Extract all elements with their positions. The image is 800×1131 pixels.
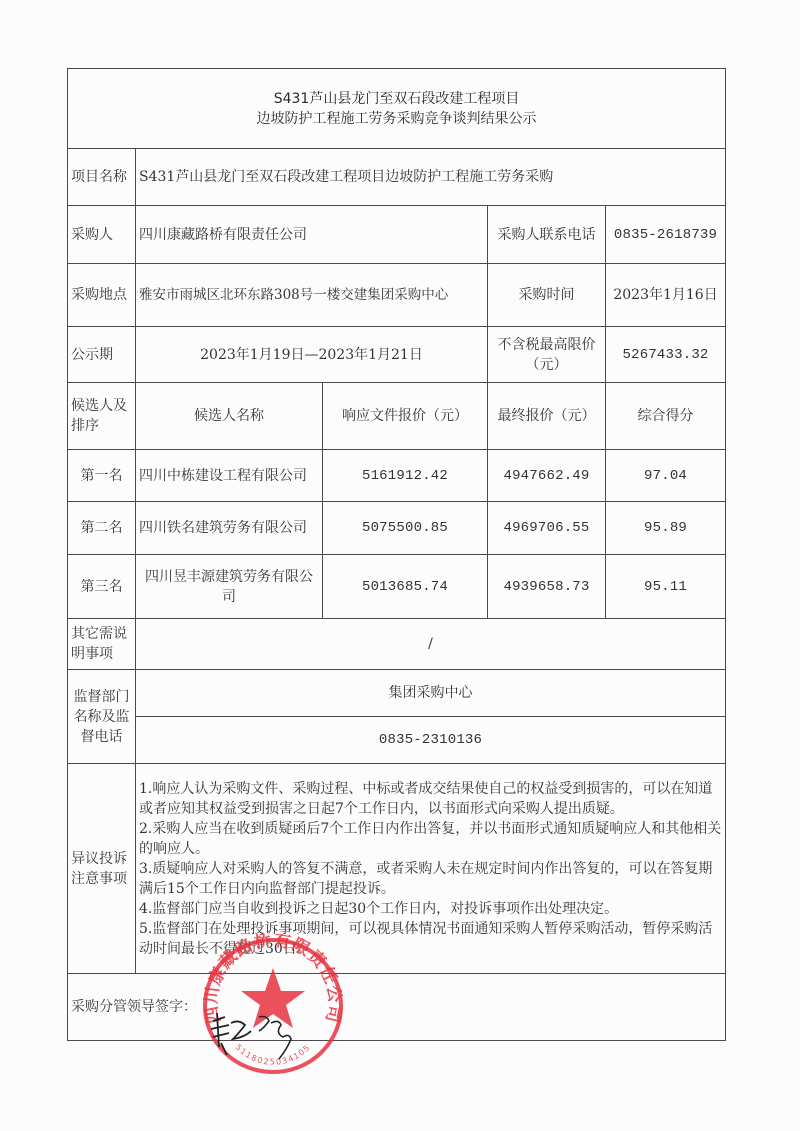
candidate-final-price: 4969706.55	[488, 502, 606, 555]
max-price-value: 5267433.32	[606, 327, 726, 383]
complaint-item: 4.监督部门应当自收到投诉之日起30个工作日内，对投诉事项作出处理决定。	[139, 899, 722, 919]
procurement-time-label: 采购时间	[488, 264, 606, 327]
svg-text:5118025034105: 5118025034105	[234, 1042, 313, 1066]
candidate-response-price: 5075500.85	[323, 502, 488, 555]
purchaser-label: 采购人	[68, 206, 136, 264]
signature-cell: 采购分管领导签字：	[68, 974, 726, 1041]
candidate-name: 四川铁名建筑劳务有限公司	[136, 502, 323, 555]
project-name-label: 项目名称	[68, 149, 136, 206]
complaint-item: 5.监督部门在处理投诉事项期间，可以视具体情况书面通知采购人暂停采购活动，暂停采…	[139, 919, 722, 959]
candidate-rank: 第三名	[68, 555, 136, 619]
header-response-price: 响应文件报价（元）	[323, 383, 488, 450]
title-line-2: 边坡防护工程施工劳务采购竞争谈判结果公示	[71, 109, 722, 129]
other-matters-value: /	[136, 619, 726, 670]
purchaser-phone-label: 采购人联系电话	[488, 206, 606, 264]
candidate-score: 95.89	[606, 502, 726, 555]
supervision-label: 监督部门名称及监督电话	[68, 670, 136, 764]
max-price-label: 不含税最高限价（元）	[488, 327, 606, 383]
header-score: 综合得分	[606, 383, 726, 450]
header-rank: 候选人及排序	[68, 383, 136, 450]
header-final-price: 最终报价（元）	[488, 383, 606, 450]
notice-table: S431芦山县龙门至双石段改建工程项目 边坡防护工程施工劳务采购竞争谈判结果公示…	[67, 68, 726, 1041]
location-label: 采购地点	[68, 264, 136, 327]
candidate-row: 第三名 四川昱丰源建筑劳务有限公司 5013685.74 4939658.73 …	[68, 555, 726, 619]
candidate-row: 第二名 四川铁名建筑劳务有限公司 5075500.85 4969706.55 9…	[68, 502, 726, 555]
purchaser-value: 四川康藏路桥有限责任公司	[136, 206, 488, 264]
supervision-dept: 集团采购中心	[136, 670, 726, 717]
supervision-phone: 0835-2310136	[136, 717, 726, 764]
candidate-score: 97.04	[606, 450, 726, 502]
other-matters-label: 其它需说明事项	[68, 619, 136, 670]
candidate-rank: 第二名	[68, 502, 136, 555]
purchaser-phone-value: 0835-2618739	[606, 206, 726, 264]
project-name-value: S431芦山县龙门至双石段改建工程项目边坡防护工程施工劳务采购	[136, 149, 726, 206]
location-value: 雅安市雨城区北环东路308号一楼交建集团采购中心	[136, 264, 488, 327]
candidate-response-price: 5161912.42	[323, 450, 488, 502]
procurement-time-value: 2023年1月16日	[606, 264, 726, 327]
candidate-final-price: 4939658.73	[488, 555, 606, 619]
header-candidate-name: 候选人名称	[136, 383, 323, 450]
procurement-result-notice: S431芦山县龙门至双石段改建工程项目 边坡防护工程施工劳务采购竞争谈判结果公示…	[0, 0, 800, 1131]
publicity-label: 公示期	[68, 327, 136, 383]
title-line-1: S431芦山县龙门至双石段改建工程项目	[71, 89, 722, 109]
publicity-value: 2023年1月19日—2023年1月21日	[136, 327, 488, 383]
candidate-response-price: 5013685.74	[323, 555, 488, 619]
candidate-final-price: 4947662.49	[488, 450, 606, 502]
candidate-rank: 第一名	[68, 450, 136, 502]
notice-title: S431芦山县龙门至双石段改建工程项目 边坡防护工程施工劳务采购竞争谈判结果公示	[68, 69, 726, 149]
signature-label: 采购分管领导签字：	[71, 999, 197, 1015]
complaints-label: 异议投诉注意事项	[68, 764, 136, 974]
complaint-item: 2.采购人应当在收到质疑函后7个工作日内作出答复，并以书面形式通知质疑响应人和其…	[139, 819, 722, 859]
complaint-item: 3.质疑响应人对采购人的答复不满意，或者采购人未在规定时间内作出答复的，可以在答…	[139, 859, 722, 899]
candidate-score: 95.11	[606, 555, 726, 619]
candidate-name: 四川中栋建设工程有限公司	[136, 450, 323, 502]
complaints-notes: 1.响应人认为采购文件、采购过程、中标或者成交结果使自己的权益受到损害的，可以在…	[136, 764, 726, 974]
complaint-item: 1.响应人认为采购文件、采购过程、中标或者成交结果使自己的权益受到损害的，可以在…	[139, 779, 722, 819]
candidate-name: 四川昱丰源建筑劳务有限公司	[136, 555, 323, 619]
candidate-row: 第一名 四川中栋建设工程有限公司 5161912.42 4947662.49 9…	[68, 450, 726, 502]
